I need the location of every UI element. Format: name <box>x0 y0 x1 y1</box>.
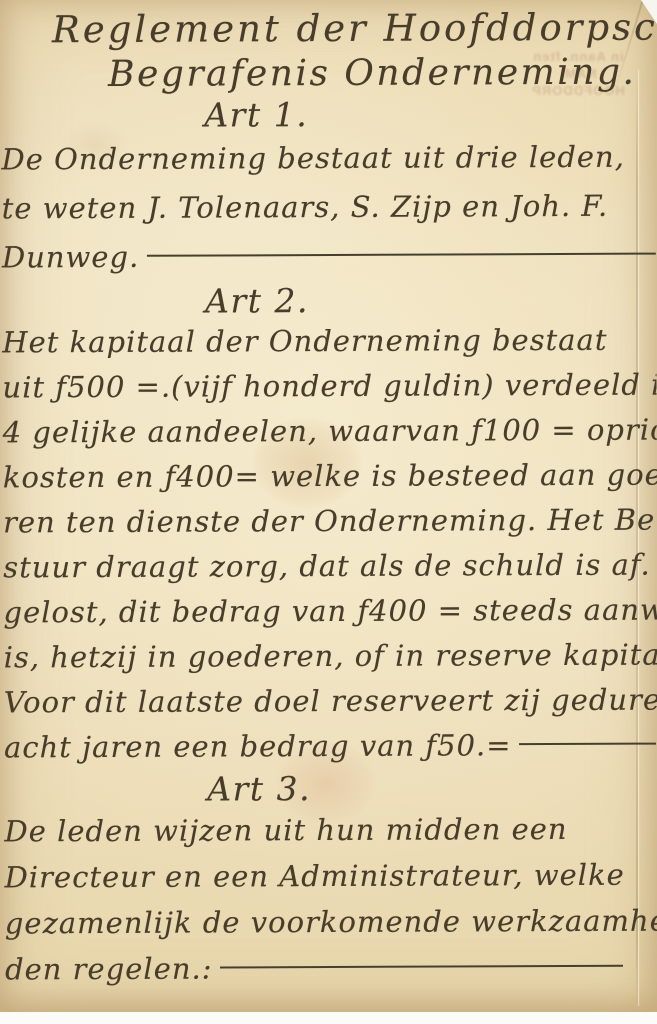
line-text: gelost, dit bedrag van ƒ400 = steeds aan… <box>3 588 657 636</box>
heading-text: Art 2. <box>205 281 309 320</box>
document-line: Het kapitaal der Onderneming bestaat <box>0 318 656 366</box>
title-text: Reglement der Hoofddorpsche <box>52 3 655 56</box>
heading-text: Art 1. <box>204 98 308 132</box>
article-heading: Art 1. <box>0 97 655 136</box>
document-line: Dunweg. <box>0 231 656 283</box>
line-text: is, hetzij in goederen, of in reserve ka… <box>4 633 657 681</box>
document-line: De Onderneming bestaat uit drie leden, <box>0 133 656 185</box>
torn-corner <box>641 0 657 24</box>
line-text: acht jaren een bedrag van ƒ50.= <box>4 723 512 770</box>
document-line: is, hetzij in goederen, of in reserve ka… <box>1 633 657 681</box>
document-line: Directeur en een Administrateur, welke <box>2 852 657 901</box>
handwritten-rule <box>519 743 656 746</box>
document-line: stuur draagt zorg, dat als de schuld is … <box>0 543 657 591</box>
document-line: te weten J. Tolenaars, S. Zijp en Joh. F… <box>0 182 656 234</box>
line-text: stuur draagt zorg, dat als de schuld is … <box>3 543 651 591</box>
document-title-line: Reglement der Hoofddorpsche <box>0 3 655 56</box>
line-text: ren ten dienste der Onderneming. Het Be. <box>3 498 657 546</box>
document-line: uit ƒ500 =.(vijf honderd guldin) verdeel… <box>0 363 657 411</box>
title-text: Begrafenis Onderneming. <box>108 53 636 95</box>
document-line: 4 gelijke aandeelen, waarvan ƒ100 = opri… <box>0 408 657 456</box>
document-line: De leden wijzen uit hun midden een <box>1 806 657 855</box>
line-text: Voor dit laatste doel reserveert zij ged… <box>4 678 657 726</box>
line-text: kosten en ƒ400= welke is besteed aan goe… <box>3 453 657 501</box>
document-line: ren ten dienste der Onderneming. Het Be. <box>0 498 657 546</box>
handwritten-rule <box>220 965 623 969</box>
manuscript-content: Reglement der Hoofddorpsche Begrafenis O… <box>0 0 657 1013</box>
line-text: Directeur en een Administrateur, welke <box>5 852 625 901</box>
line-text: gezamenlijk de voorkomende werkzaamhe. <box>5 898 657 947</box>
paper-page: in Aann. ften NAM. HOOFDDORP Reglement d… <box>0 0 657 1013</box>
line-text: De Onderneming bestaat uit drie leden, <box>1 133 625 185</box>
document-line: acht jaren een bedrag van ƒ50.= <box>1 723 657 771</box>
line-text: te weten J. Tolenaars, S. Zijp en Joh. F… <box>2 182 609 234</box>
document-line: gezamenlijk de voorkomende werkzaamhe. <box>2 898 657 947</box>
article-heading: Art 2. <box>0 280 656 321</box>
line-text: 4 gelijke aandeelen, waarvan ƒ100 = opri… <box>3 408 657 456</box>
article-heading: Art 3. <box>1 768 657 809</box>
document-line: Voor dit laatste doel reserveert zij ged… <box>1 678 657 726</box>
line-text: den regelen.: <box>5 946 213 993</box>
line-text: Het kapitaal der Onderneming bestaat <box>2 318 607 366</box>
scan-background <box>0 1012 657 1024</box>
document-line: kosten en ƒ400= welke is besteed aan goe… <box>0 453 657 501</box>
heading-text: Art 3. <box>207 769 311 808</box>
line-text: Dunweg. <box>2 233 140 283</box>
line-text: uit ƒ500 =.(vijf honderd guldin) verdeel… <box>2 363 656 411</box>
document-line: den regelen.: <box>2 944 657 993</box>
document-line: gelost, dit bedrag van ƒ400 = steeds aan… <box>0 588 657 636</box>
document-scan: in Aann. ften NAM. HOOFDDORP Reglement d… <box>0 0 657 1024</box>
handwritten-rule <box>147 253 656 257</box>
document-title-line: Begrafenis Onderneming. <box>0 53 655 100</box>
line-text: De leden wijzen uit hun midden een <box>4 806 567 854</box>
